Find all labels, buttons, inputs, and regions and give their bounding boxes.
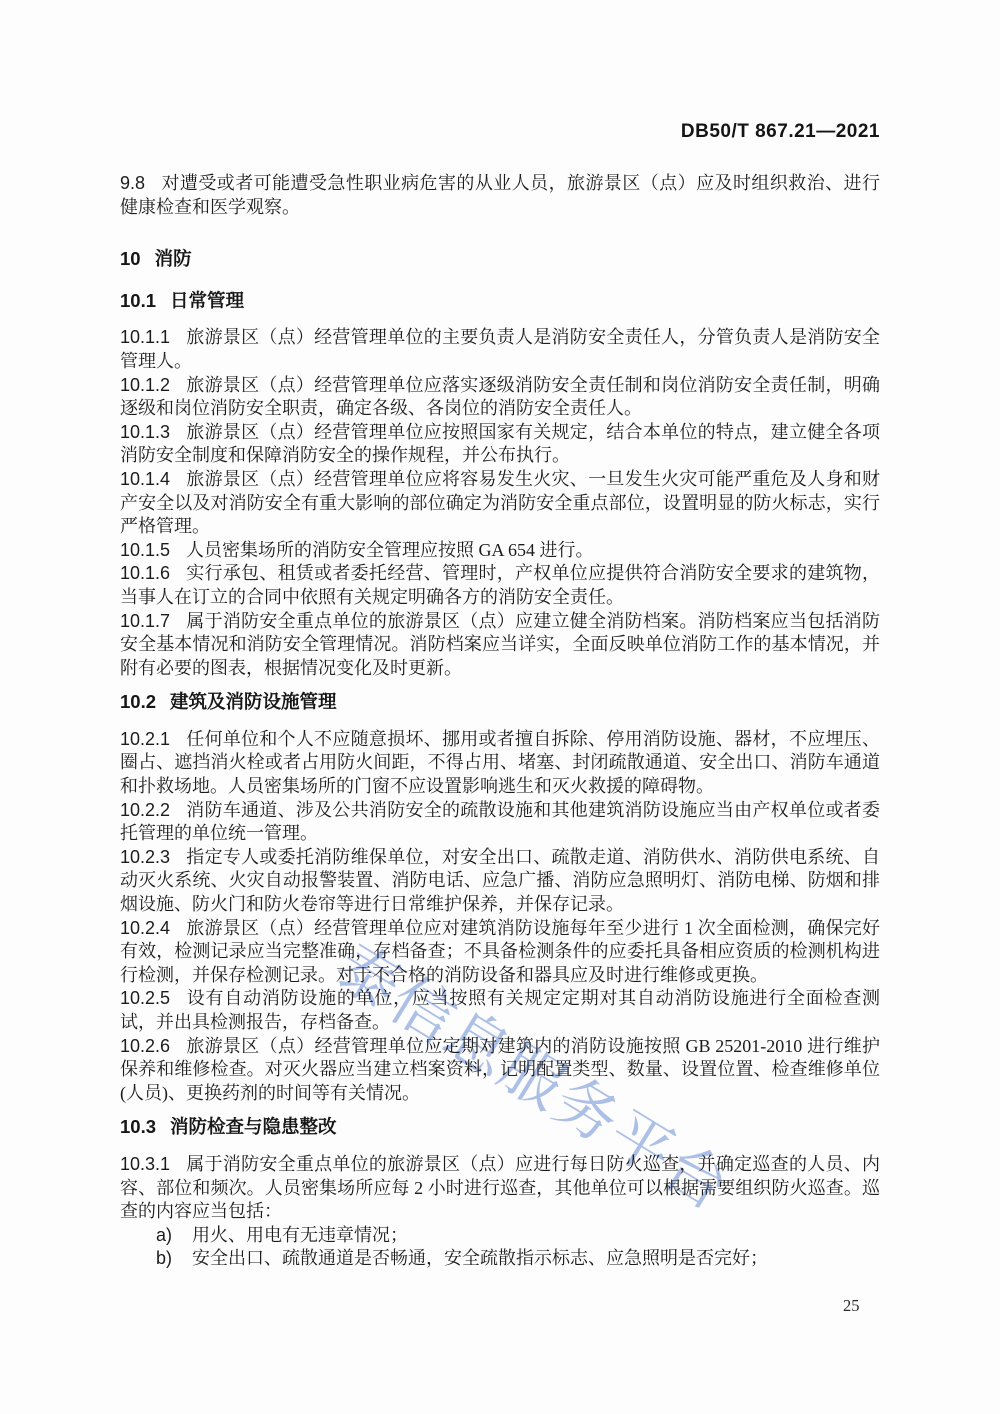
clause-9-8: 9.8对遭受或者可能遭受急性职业病危害的从业人员，旅游景区（点）应及时组织救治、… [120,172,880,219]
heading-text: 建筑及消防设施管理 [170,691,337,712]
list-item-b: b)安全出口、疏散通道是否畅通，安全疏散指示标志、应急照明是否完好； [120,1247,880,1271]
clause-text: 旅游景区（点）经营管理单位的主要负责人是消防安全责任人，分管负责人是消防安全管理… [120,327,880,371]
clause-text: 旅游景区（点）经营管理单位应将容易发生火灾、一旦发生火灾可能严重危及人身和财产安… [120,469,880,536]
heading-text: 消防 [155,248,192,269]
clause-10-1-5: 10.1.5人员密集场所的消防安全管理应按照 GA 654 进行。 [120,539,880,563]
clause-number: 10.2.4 [120,918,170,938]
clause-10-1-3: 10.1.3旅游景区（点）经营管理单位应按照国家有关规定，结合本单位的特点，建立… [120,421,880,468]
clause-text: 旅游景区（点）经营管理单位应对建筑消防设施每年至少进行 1 次全面检测，确保完好… [120,918,880,985]
clause-10-1-2: 10.1.2旅游景区（点）经营管理单位应落实逐级消防安全责任制和岗位消防安全责任… [120,374,880,421]
clause-text: 旅游景区（点）经营管理单位应落实逐级消防安全责任制和岗位消防安全责任制，明确逐级… [120,375,880,419]
heading-number: 10.1 [120,290,156,311]
clause-number: 10.1.5 [120,540,170,560]
page-content: DB50/T 867.21—2021 9.8对遭受或者可能遭受急性职业病危害的从… [0,0,1000,1271]
clause-number: 10.2.1 [120,729,170,749]
clause-number: 10.2.6 [120,1036,170,1056]
clause-number: 10.3.1 [120,1154,170,1174]
doc-number: DB50/T 867.21—2021 [120,122,880,142]
clause-10-2-1: 10.2.1任何单位和个人不应随意损坏、挪用或者擅自拆除、停用消防设施、器材，不… [120,728,880,799]
list-marker: b) [156,1248,172,1268]
clause-number: 10.1.1 [120,327,170,347]
clause-10-1-1: 10.1.1旅游景区（点）经营管理单位的主要负责人是消防安全责任人，分管负责人是… [120,326,880,373]
heading-number: 10.3 [120,1116,156,1137]
clause-text: 对遭受或者可能遭受急性职业病危害的从业人员，旅游景区（点）应及时组织救治、进行健… [120,173,880,217]
list-text: 用火、用电有无违章情况； [192,1225,408,1245]
clause-10-2-5: 10.2.5设有自动消防设施的单位，应当按照有关规定定期对其自动消防设施进行全面… [120,987,880,1034]
clause-text: 消防车通道、涉及公共消防安全的疏散设施和其他建筑消防设施应当由产权单位或者委托管… [120,800,880,844]
clause-text: 设有自动消防设施的单位，应当按照有关规定定期对其自动消防设施进行全面检查测试，并… [120,988,880,1032]
clause-number: 10.1.3 [120,422,170,442]
clause-number: 10.1.7 [120,611,170,631]
heading-10-2-building-facilities: 10.2建筑及消防设施管理 [120,690,880,714]
list-text: 安全出口、疏散通道是否畅通，安全疏散指示标志、应急照明是否完好； [192,1248,768,1268]
clause-10-1-4: 10.1.4旅游景区（点）经营管理单位应将容易发生火灾、一旦发生火灾可能严重危及… [120,468,880,539]
clause-number: 9.8 [120,173,145,193]
clause-text: 指定专人或委托消防维保单位，对安全出口、疏散走道、消防供水、消防供电系统、自动灭… [120,847,880,914]
heading-10-3-inspection-rectification: 10.3消防检查与隐患整改 [120,1115,880,1139]
list-item-a: a)用火、用电有无违章情况； [120,1224,880,1248]
heading-number: 10 [120,248,141,269]
clause-10-2-2: 10.2.2消防车通道、涉及公共消防安全的疏散设施和其他建筑消防设施应当由产权单… [120,799,880,846]
document-page: 泰信息服务平台 DB50/T 867.21—2021 9.8对遭受或者可能遭受急… [0,0,1000,1414]
heading-10-1-daily-management: 10.1日常管理 [120,289,880,313]
clause-10-1-6: 10.1.6实行承包、租赁或者委托经营、管理时，产权单位应提供符合消防安全要求的… [120,562,880,609]
heading-10-fire: 10消防 [120,247,880,271]
clause-number: 10.1.6 [120,563,170,583]
clause-text: 属于消防安全重点单位的旅游景区（点）应进行每日防火巡查，并确定巡查的人员、内容、… [120,1154,880,1221]
clause-text: 旅游景区（点）经营管理单位应按照国家有关规定，结合本单位的特点，建立健全各项消防… [120,422,880,466]
clause-number: 10.2.5 [120,988,170,1008]
list-marker: a) [156,1225,172,1245]
clause-text: 实行承包、租赁或者委托经营、管理时，产权单位应提供符合消防安全要求的建筑物，当事… [120,563,880,607]
clause-10-3-1: 10.3.1属于消防安全重点单位的旅游景区（点）应进行每日防火巡查，并确定巡查的… [120,1153,880,1224]
clause-10-2-6: 10.2.6旅游景区（点）经营管理单位应定期对建筑内的消防设施按照 GB 252… [120,1035,880,1106]
clause-10-2-4: 10.2.4旅游景区（点）经营管理单位应对建筑消防设施每年至少进行 1 次全面检… [120,917,880,988]
clause-number: 10.2.2 [120,800,170,820]
clause-number: 10.1.4 [120,469,170,489]
clause-10-1-7: 10.1.7属于消防安全重点单位的旅游景区（点）应建立健全消防档案。消防档案应当… [120,610,880,681]
clause-number: 10.2.3 [120,847,170,867]
heading-text: 日常管理 [170,290,244,311]
heading-number: 10.2 [120,691,156,712]
clause-text: 人员密集场所的消防安全管理应按照 GA 654 进行。 [186,540,594,560]
heading-text: 消防检查与隐患整改 [170,1116,337,1137]
page-number: 25 [843,1296,860,1316]
clause-text: 属于消防安全重点单位的旅游景区（点）应建立健全消防档案。消防档案应当包括消防安全… [120,611,880,678]
clause-text: 任何单位和个人不应随意损坏、挪用或者擅自拆除、停用消防设施、器材，不应埋压、圈占… [120,729,880,796]
clause-10-2-3: 10.2.3指定专人或委托消防维保单位，对安全出口、疏散走道、消防供水、消防供电… [120,846,880,917]
clause-number: 10.1.2 [120,375,170,395]
clause-text: 旅游景区（点）经营管理单位应定期对建筑内的消防设施按照 GB 25201-201… [120,1036,880,1103]
